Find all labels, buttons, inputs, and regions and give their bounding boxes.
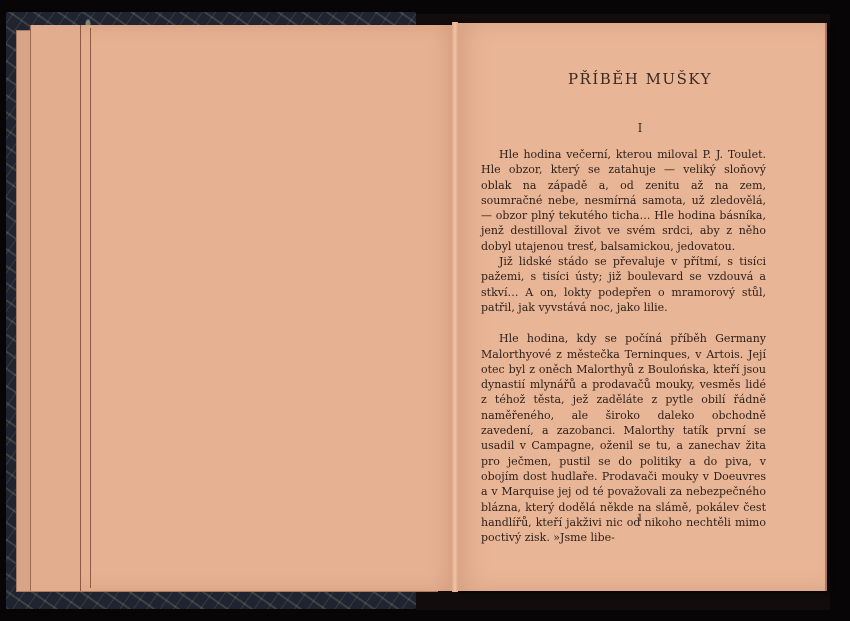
left-page-blank [80,25,459,591]
chapter-number: I [455,121,825,135]
page-title: PŘÍBĚH MUŠKY [455,70,825,88]
book-gutter [452,22,458,592]
paragraph: Hle hodina večerní, kterou miloval P. J.… [481,147,766,254]
body-text: Hle hodina večerní, kterou miloval P. J.… [481,147,766,545]
leaf-fold-line [90,28,91,588]
paragraph: Již lidské stádo se převaluje v přítmí, … [481,254,766,315]
right-page: PŘÍBĚH MUŠKY I Hle hodina večerní, ktero… [455,23,827,591]
page-number: 1 [455,513,825,524]
